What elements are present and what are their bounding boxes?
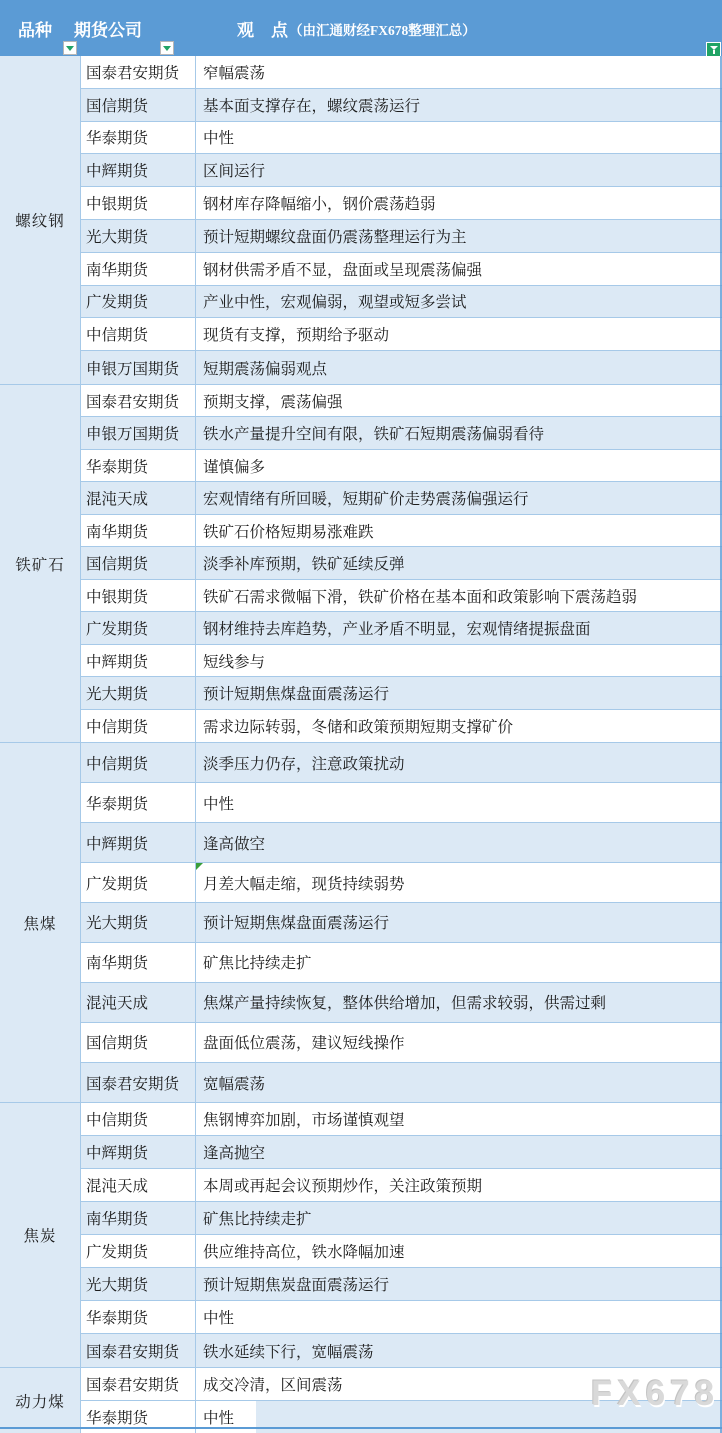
table-row: 光大期货预计短期焦煤盘面震荡运行 xyxy=(81,677,722,710)
viewpoint-cell: 铁矿石需求微幅下滑，铁矿价格在基本面和政策影响下震荡趋弱 xyxy=(196,580,722,612)
viewpoint-text: 中性 xyxy=(203,126,234,148)
company-cell: 南华期货 xyxy=(81,515,196,547)
viewpoint-text: 月差大幅走缩，现货持续弱势 xyxy=(203,872,405,894)
table-row: 国信期货基本面支撑存在，螺纹震荡运行 xyxy=(81,89,722,122)
viewpoint-text: 基本面支撑存在，螺纹震荡运行 xyxy=(203,94,420,116)
viewpoint-text: 铁矿石需求微幅下滑，铁矿价格在基本面和政策影响下震荡趋弱 xyxy=(203,585,637,607)
viewpoint-cell: 矿焦比持续走扩 xyxy=(196,1202,722,1234)
viewpoint-cell: 中性 xyxy=(196,1301,722,1333)
company-cell: 中信期货 xyxy=(81,710,196,743)
commodity-section: 螺纹钢国泰君安期货窄幅震荡国信期货基本面支撑存在，螺纹震荡运行华泰期货中性中辉期… xyxy=(0,56,722,385)
viewpoint-cell: 预期支撑，震荡偏强 xyxy=(196,385,722,417)
fx678-watermark: FX678 xyxy=(591,1374,719,1414)
company-cell: 光大期货 xyxy=(81,677,196,709)
funnel-icon xyxy=(713,50,715,54)
company-cell: 中信期货 xyxy=(81,1103,196,1135)
viewpoint-cell: 铁水延续下行，宽幅震荡 xyxy=(196,1334,722,1367)
viewpoint-cell: 区间运行 xyxy=(196,154,722,186)
futures-opinion-sheet: 品种 期货公司 观 点 （由汇通财经FX678整理汇总） 螺纹钢国泰君安期货窄幅… xyxy=(0,0,722,1433)
table-row: 中辉期货短线参与 xyxy=(81,645,722,678)
viewpoint-text: 焦煤产量持续恢复，整体供给增加，但需求较弱，供需过剩 xyxy=(203,991,606,1013)
viewpoint-text: 短期震荡偏弱观点 xyxy=(203,357,327,379)
viewpoint-cell: 预计短期螺纹盘面仍震荡整理运行为主 xyxy=(196,220,722,252)
section-rows: 中信期货淡季压力仍存，注意政策扰动华泰期货中性中辉期货逢高做空广发期货月差大幅走… xyxy=(80,743,722,1102)
filter-dropdown-icon xyxy=(66,46,74,51)
table-row: 国泰君安期货宽幅震荡 xyxy=(81,1063,722,1103)
company-cell: 国信期货 xyxy=(81,547,196,579)
commodity-label: 动力煤 xyxy=(0,1368,80,1433)
company-cell: 国信期货 xyxy=(81,1023,196,1062)
viewpoint-text: 现货有支撑，预期给予驱动 xyxy=(203,323,389,345)
table-row: 国信期货盘面低位震荡，建议短线操作 xyxy=(81,1023,722,1063)
company-cell: 国泰君安期货 xyxy=(81,1063,196,1103)
company-cell: 光大期货 xyxy=(81,903,196,942)
viewpoint-cell: 钢材供需矛盾不显，盘面或呈现震荡偏强 xyxy=(196,253,722,285)
viewpoint-cell: 现货有支撑，预期给予驱动 xyxy=(196,318,722,350)
company-cell: 南华期货 xyxy=(81,943,196,982)
viewpoint-cell: 钢材库存降幅缩小，钢价震荡趋弱 xyxy=(196,187,722,219)
table-row: 中银期货钢材库存降幅缩小，钢价震荡趋弱 xyxy=(81,187,722,220)
viewpoint-text: 钢材维持去库趋势，产业矛盾不明显，宏观情绪提振盘面 xyxy=(203,617,591,639)
company-cell: 南华期货 xyxy=(81,253,196,285)
table-row: 中辉期货逢高抛空 xyxy=(81,1136,722,1169)
viewpoint-cell: 月差大幅走缩，现货持续弱势 xyxy=(196,863,722,902)
company-cell: 中银期货 xyxy=(81,580,196,612)
viewpoint-text: 焦钢博弈加剧，市场谨慎观望 xyxy=(203,1108,405,1130)
table-row: 中信期货现货有支撑，预期给予驱动 xyxy=(81,318,722,351)
company-cell: 中辉期货 xyxy=(81,823,196,862)
viewpoint-cell: 短期震荡偏弱观点 xyxy=(196,351,722,384)
viewpoint-cell: 中性 xyxy=(196,783,722,822)
table-row: 南华期货矿焦比持续走扩 xyxy=(81,1202,722,1235)
column-header-viewpoint: 观 点 （由汇通财经FX678整理汇总） xyxy=(237,0,476,56)
viewpoint-cell: 需求边际转弱，冬储和政策预期短期支撑矿价 xyxy=(196,710,722,743)
viewpoint-text: 钢材供需矛盾不显，盘面或呈现震荡偏强 xyxy=(203,258,482,280)
viewpoint-cell: 产业中性，宏观偏弱，观望或短多尝试 xyxy=(196,286,722,318)
viewpoint-cell: 矿焦比持续走扩 xyxy=(196,943,722,982)
filter-dropdown-icon xyxy=(163,46,171,51)
company-cell: 广发期货 xyxy=(81,612,196,644)
viewpoint-cell: 预计短期焦煤盘面震荡运行 xyxy=(196,903,722,942)
company-cell: 申银万国期货 xyxy=(81,351,196,384)
company-cell: 南华期货 xyxy=(81,1202,196,1234)
viewpoint-cell: 窄幅震荡 xyxy=(196,56,722,88)
company-cell: 广发期货 xyxy=(81,1235,196,1267)
viewpoint-text: 中性 xyxy=(203,792,234,814)
section-rows: 国泰君安期货窄幅震荡国信期货基本面支撑存在，螺纹震荡运行华泰期货中性中辉期货区间… xyxy=(80,56,722,384)
company-cell: 混沌天成 xyxy=(81,1169,196,1201)
commodity-label: 螺纹钢 xyxy=(0,56,80,384)
company-cell: 中信期货 xyxy=(81,743,196,782)
viewpoint-text: 预计短期螺纹盘面仍震荡整理运行为主 xyxy=(203,225,467,247)
table-row: 广发期货供应维持高位，铁水降幅加速 xyxy=(81,1235,722,1268)
viewpoint-text: 需求边际转弱，冬储和政策预期短期支撑矿价 xyxy=(203,715,513,737)
company-cell: 国信期货 xyxy=(81,89,196,121)
table-header: 品种 期货公司 观 点 （由汇通财经FX678整理汇总） xyxy=(0,0,722,56)
viewpoint-cell: 淡季补库预期，铁矿延续反弹 xyxy=(196,547,722,579)
table-row: 混沌天成宏观情绪有所回暖，短期矿价走势震荡偏强运行 xyxy=(81,482,722,515)
viewpoint-text: 谨慎偏多 xyxy=(203,455,265,477)
viewpoint-text: 预计短期焦煤盘面震荡运行 xyxy=(203,682,389,704)
table-row: 中银期货铁矿石需求微幅下滑，铁矿价格在基本面和政策影响下震荡趋弱 xyxy=(81,580,722,613)
viewpoint-cell: 焦煤产量持续恢复，整体供给增加，但需求较弱，供需过剩 xyxy=(196,983,722,1022)
viewpoint-cell: 预计短期焦炭盘面震荡运行 xyxy=(196,1268,722,1300)
commodity-label: 焦炭 xyxy=(0,1103,80,1367)
viewpoint-text: 宽幅震荡 xyxy=(203,1072,265,1094)
company-cell: 华泰期货 xyxy=(81,450,196,482)
viewpoint-cell: 预计短期焦煤盘面震荡运行 xyxy=(196,677,722,709)
viewpoint-text: 矿焦比持续走扩 xyxy=(203,951,312,973)
company-cell: 国泰君安期货 xyxy=(81,1368,196,1400)
table-row: 国泰君安期货预期支撑，震荡偏强 xyxy=(81,385,722,418)
viewpoint-text: 供应维持高位，铁水降幅加速 xyxy=(203,1240,405,1262)
table-row: 中信期货需求边际转弱，冬储和政策预期短期支撑矿价 xyxy=(81,710,722,743)
viewpoint-cell: 短线参与 xyxy=(196,645,722,677)
company-cell: 中银期货 xyxy=(81,187,196,219)
table-row: 华泰期货中性 xyxy=(81,122,722,155)
viewpoint-cell: 供应维持高位，铁水降幅加速 xyxy=(196,1235,722,1267)
filter-button-viewpoint-active[interactable] xyxy=(706,42,721,57)
commodity-section: 铁矿石国泰君安期货预期支撑，震荡偏强申银万国期货铁水产量提升空间有限，铁矿石短期… xyxy=(0,385,722,744)
company-cell: 混沌天成 xyxy=(81,983,196,1022)
table-row: 华泰期货中性 xyxy=(81,783,722,823)
section-rows: 中信期货焦钢博弈加剧，市场谨慎观望中辉期货逢高抛空混沌天成本周或再起会议预期炒作… xyxy=(80,1103,722,1367)
table-row: 广发期货钢材维持去库趋势，产业矛盾不明显，宏观情绪提振盘面 xyxy=(81,612,722,645)
company-cell: 国泰君安期货 xyxy=(81,1334,196,1367)
viewpoint-text: 短线参与 xyxy=(203,650,265,672)
table-row: 申银万国期货铁水产量提升空间有限，铁矿石短期震荡偏弱看待 xyxy=(81,417,722,450)
viewpoint-text: 钢材库存降幅缩小，钢价震荡趋弱 xyxy=(203,192,436,214)
table-row: 广发期货月差大幅走缩，现货持续弱势 xyxy=(81,863,722,903)
filter-button-company[interactable] xyxy=(160,41,174,55)
viewpoint-text: 矿焦比持续走扩 xyxy=(203,1207,312,1229)
table-row: 中辉期货逢高做空 xyxy=(81,823,722,863)
table-row: 南华期货钢材供需矛盾不显，盘面或呈现震荡偏强 xyxy=(81,253,722,286)
table-row: 中信期货焦钢博弈加剧，市场谨慎观望 xyxy=(81,1103,722,1136)
table-row: 中信期货淡季压力仍存，注意政策扰动 xyxy=(81,743,722,783)
viewpoint-text: 盘面低位震荡，建议短线操作 xyxy=(203,1031,405,1053)
table-row: 国泰君安期货窄幅震荡 xyxy=(81,56,722,89)
company-cell: 中辉期货 xyxy=(81,154,196,186)
table-row: 南华期货铁矿石价格短期易涨难跌 xyxy=(81,515,722,548)
commodity-label: 铁矿石 xyxy=(0,385,80,743)
table-row: 国泰君安期货铁水延续下行，宽幅震荡 xyxy=(81,1334,722,1367)
company-cell: 广发期货 xyxy=(81,286,196,318)
table-row: 华泰期货谨慎偏多 xyxy=(81,450,722,483)
company-cell: 中信期货 xyxy=(81,318,196,350)
table-row: 光大期货预计短期焦煤盘面震荡运行 xyxy=(81,903,722,943)
comment-flag-icon xyxy=(196,863,203,870)
company-cell: 国泰君安期货 xyxy=(81,385,196,417)
viewpoint-cell: 逢高抛空 xyxy=(196,1136,722,1168)
viewpoint-title: 观 点 xyxy=(237,16,288,41)
table-row: 申银万国期货短期震荡偏弱观点 xyxy=(81,351,722,384)
viewpoint-cell: 铁矿石价格短期易涨难跌 xyxy=(196,515,722,547)
viewpoint-cell: 逢高做空 xyxy=(196,823,722,862)
commodity-label: 焦煤 xyxy=(0,743,80,1102)
viewpoint-text: 本周或再起会议预期炒作，关注政策预期 xyxy=(203,1174,482,1196)
table-row: 华泰期货中性 xyxy=(81,1301,722,1334)
filter-button-variety[interactable] xyxy=(63,41,77,55)
company-cell: 华泰期货 xyxy=(81,122,196,154)
viewpoint-text: 淡季补库预期，铁矿延续反弹 xyxy=(203,552,405,574)
viewpoint-text: 逢高做空 xyxy=(203,832,265,854)
viewpoint-text: 预期支撑，震荡偏强 xyxy=(203,390,343,412)
viewpoint-cell: 本周或再起会议预期炒作，关注政策预期 xyxy=(196,1169,722,1201)
company-cell: 国泰君安期货 xyxy=(81,56,196,88)
viewpoint-text: 铁水产量提升空间有限，铁矿石短期震荡偏弱看待 xyxy=(203,422,544,444)
section-rows: 国泰君安期货预期支撑，震荡偏强申银万国期货铁水产量提升空间有限，铁矿石短期震荡偏… xyxy=(80,385,722,743)
viewpoint-cell: 淡季压力仍存，注意政策扰动 xyxy=(196,743,722,782)
table-body: 螺纹钢国泰君安期货窄幅震荡国信期货基本面支撑存在，螺纹震荡运行华泰期货中性中辉期… xyxy=(0,56,722,1433)
table-row: 国信期货淡季补库预期，铁矿延续反弹 xyxy=(81,547,722,580)
table-row: 光大期货预计短期螺纹盘面仍震荡整理运行为主 xyxy=(81,220,722,253)
viewpoint-text: 窄幅震荡 xyxy=(203,61,265,83)
viewpoint-text: 中性 xyxy=(203,1406,234,1428)
company-cell: 混沌天成 xyxy=(81,482,196,514)
viewpoint-text: 淡季压力仍存，注意政策扰动 xyxy=(203,752,405,774)
table-row: 南华期货矿焦比持续走扩 xyxy=(81,943,722,983)
viewpoint-text: 区间运行 xyxy=(203,159,265,181)
table-bottom-border xyxy=(0,1427,722,1429)
viewpoint-cell: 盘面低位震荡，建议短线操作 xyxy=(196,1023,722,1062)
table-row: 广发期货产业中性，宏观偏弱，观望或短多尝试 xyxy=(81,286,722,319)
company-cell: 申银万国期货 xyxy=(81,417,196,449)
viewpoint-text: 逢高抛空 xyxy=(203,1141,265,1163)
viewpoint-text: 预计短期焦煤盘面震荡运行 xyxy=(203,911,389,933)
column-header-company: 期货公司 xyxy=(74,16,142,41)
company-cell: 中辉期货 xyxy=(81,1136,196,1168)
viewpoint-cell: 钢材维持去库趋势，产业矛盾不明显，宏观情绪提振盘面 xyxy=(196,612,722,644)
company-cell: 华泰期货 xyxy=(81,1301,196,1333)
viewpoint-text: 铁水延续下行，宽幅震荡 xyxy=(203,1340,374,1362)
viewpoint-text: 产业中性，宏观偏弱，观望或短多尝试 xyxy=(203,290,467,312)
commodity-section: 焦煤中信期货淡季压力仍存，注意政策扰动华泰期货中性中辉期货逢高做空广发期货月差大… xyxy=(0,743,722,1103)
viewpoint-text: 中性 xyxy=(203,1306,234,1328)
viewpoint-cell: 谨慎偏多 xyxy=(196,450,722,482)
company-cell: 光大期货 xyxy=(81,220,196,252)
table-row: 光大期货预计短期焦炭盘面震荡运行 xyxy=(81,1268,722,1301)
viewpoint-cell: 宽幅震荡 xyxy=(196,1063,722,1103)
viewpoint-cell: 铁水产量提升空间有限，铁矿石短期震荡偏弱看待 xyxy=(196,417,722,449)
company-cell: 光大期货 xyxy=(81,1268,196,1300)
viewpoint-text: 铁矿石价格短期易涨难跌 xyxy=(203,520,374,542)
viewpoint-cell: 焦钢博弈加剧，市场谨慎观望 xyxy=(196,1103,722,1135)
viewpoint-text: 宏观情绪有所回暖，短期矿价走势震荡偏强运行 xyxy=(203,487,529,509)
table-row: 混沌天成焦煤产量持续恢复，整体供给增加，但需求较弱，供需过剩 xyxy=(81,983,722,1023)
company-cell: 中辉期货 xyxy=(81,645,196,677)
viewpoint-text: 预计短期焦炭盘面震荡运行 xyxy=(203,1273,389,1295)
viewpoint-cell: 基本面支撑存在，螺纹震荡运行 xyxy=(196,89,722,121)
viewpoint-text: 成交冷清，区间震荡 xyxy=(203,1373,343,1395)
table-row: 混沌天成本周或再起会议预期炒作，关注政策预期 xyxy=(81,1169,722,1202)
viewpoint-cell: 中性 xyxy=(196,122,722,154)
company-cell: 华泰期货 xyxy=(81,783,196,822)
viewpoint-source-note: （由汇通财经FX678整理汇总） xyxy=(289,19,476,39)
company-cell: 广发期货 xyxy=(81,863,196,902)
table-row: 中辉期货区间运行 xyxy=(81,154,722,187)
column-header-variety: 品种 xyxy=(18,16,52,41)
commodity-section: 焦炭中信期货焦钢博弈加剧，市场谨慎观望中辉期货逢高抛空混沌天成本周或再起会议预期… xyxy=(0,1103,722,1368)
viewpoint-cell: 宏观情绪有所回暖，短期矿价走势震荡偏强运行 xyxy=(196,482,722,514)
